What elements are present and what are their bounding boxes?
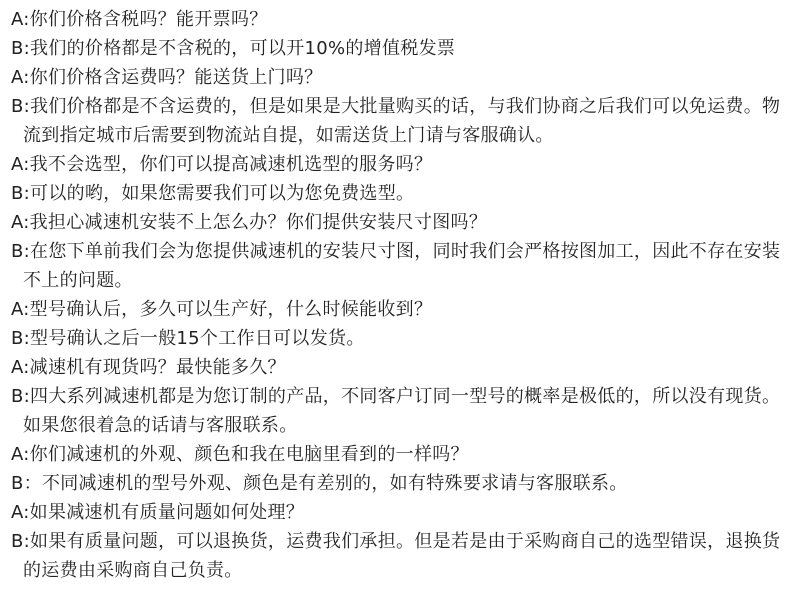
faq-line: B:可以的哟，如果您需要我们可以为您免费选型。 [11,179,790,208]
faq-line: 如果您很着急的话请与客服联系。 [11,411,790,440]
faq-line: B:我们的价格都是不含税的，可以开10%的增值税发票 [11,34,790,63]
faq-line: A:减速机有现货吗？最快能多久？ [11,353,790,382]
faq-line: B:如果有质量问题，可以退换货，运费我们承担。但是若是由于采购商自己的选型错误，… [11,527,790,556]
faq-line: A:如果减速机有质量问题如何处理？ [11,498,790,527]
faq-line: A:我不会选型，你们可以提高减速机选型的服务吗？ [11,150,790,179]
faq-document: A:你们价格含税吗？能开票吗？B:我们的价格都是不含税的，可以开10%的增值税发… [0,0,790,594]
faq-line: B:我们价格都是不含运费的，但是如果是大批量购买的话，与我们协商之后我们可以免运… [11,92,790,121]
faq-line: B:四大系列减速机都是为您订制的产品，不同客户订同一型号的概率是极低的，所以没有… [11,382,790,411]
faq-line: A:你们价格含运费吗？能送货上门吗？ [11,63,790,92]
faq-line: B:在您下单前我们会为您提供减速机的安装尺寸图，同时我们会严格按图加工，因此不存… [11,237,790,266]
faq-line: B:型号确认之后一般15个工作日可以发货。 [11,324,790,353]
faq-line: A:我担心减速机安装不上怎么办？你们提供安装尺寸图吗？ [11,208,790,237]
faq-line: A:你们减速机的外观、颜色和我在电脑里看到的一样吗？ [11,440,790,469]
faq-line: A:你们价格含税吗？能开票吗？ [11,5,790,34]
faq-line: B：不同减速机的型号外观、颜色是有差别的，如有特殊要求请与客服联系。 [11,469,790,498]
faq-line: 的运费由采购商自己负责。 [11,556,790,585]
faq-list: A:你们价格含税吗？能开票吗？B:我们的价格都是不含税的，可以开10%的增值税发… [11,5,790,585]
faq-line: A:型号确认后，多久可以生产好，什么时候能收到？ [11,295,790,324]
faq-line: 流到指定城市后需要到物流站自提，如需送货上门请与客服确认。 [11,121,790,150]
faq-line: 不上的问题。 [11,266,790,295]
